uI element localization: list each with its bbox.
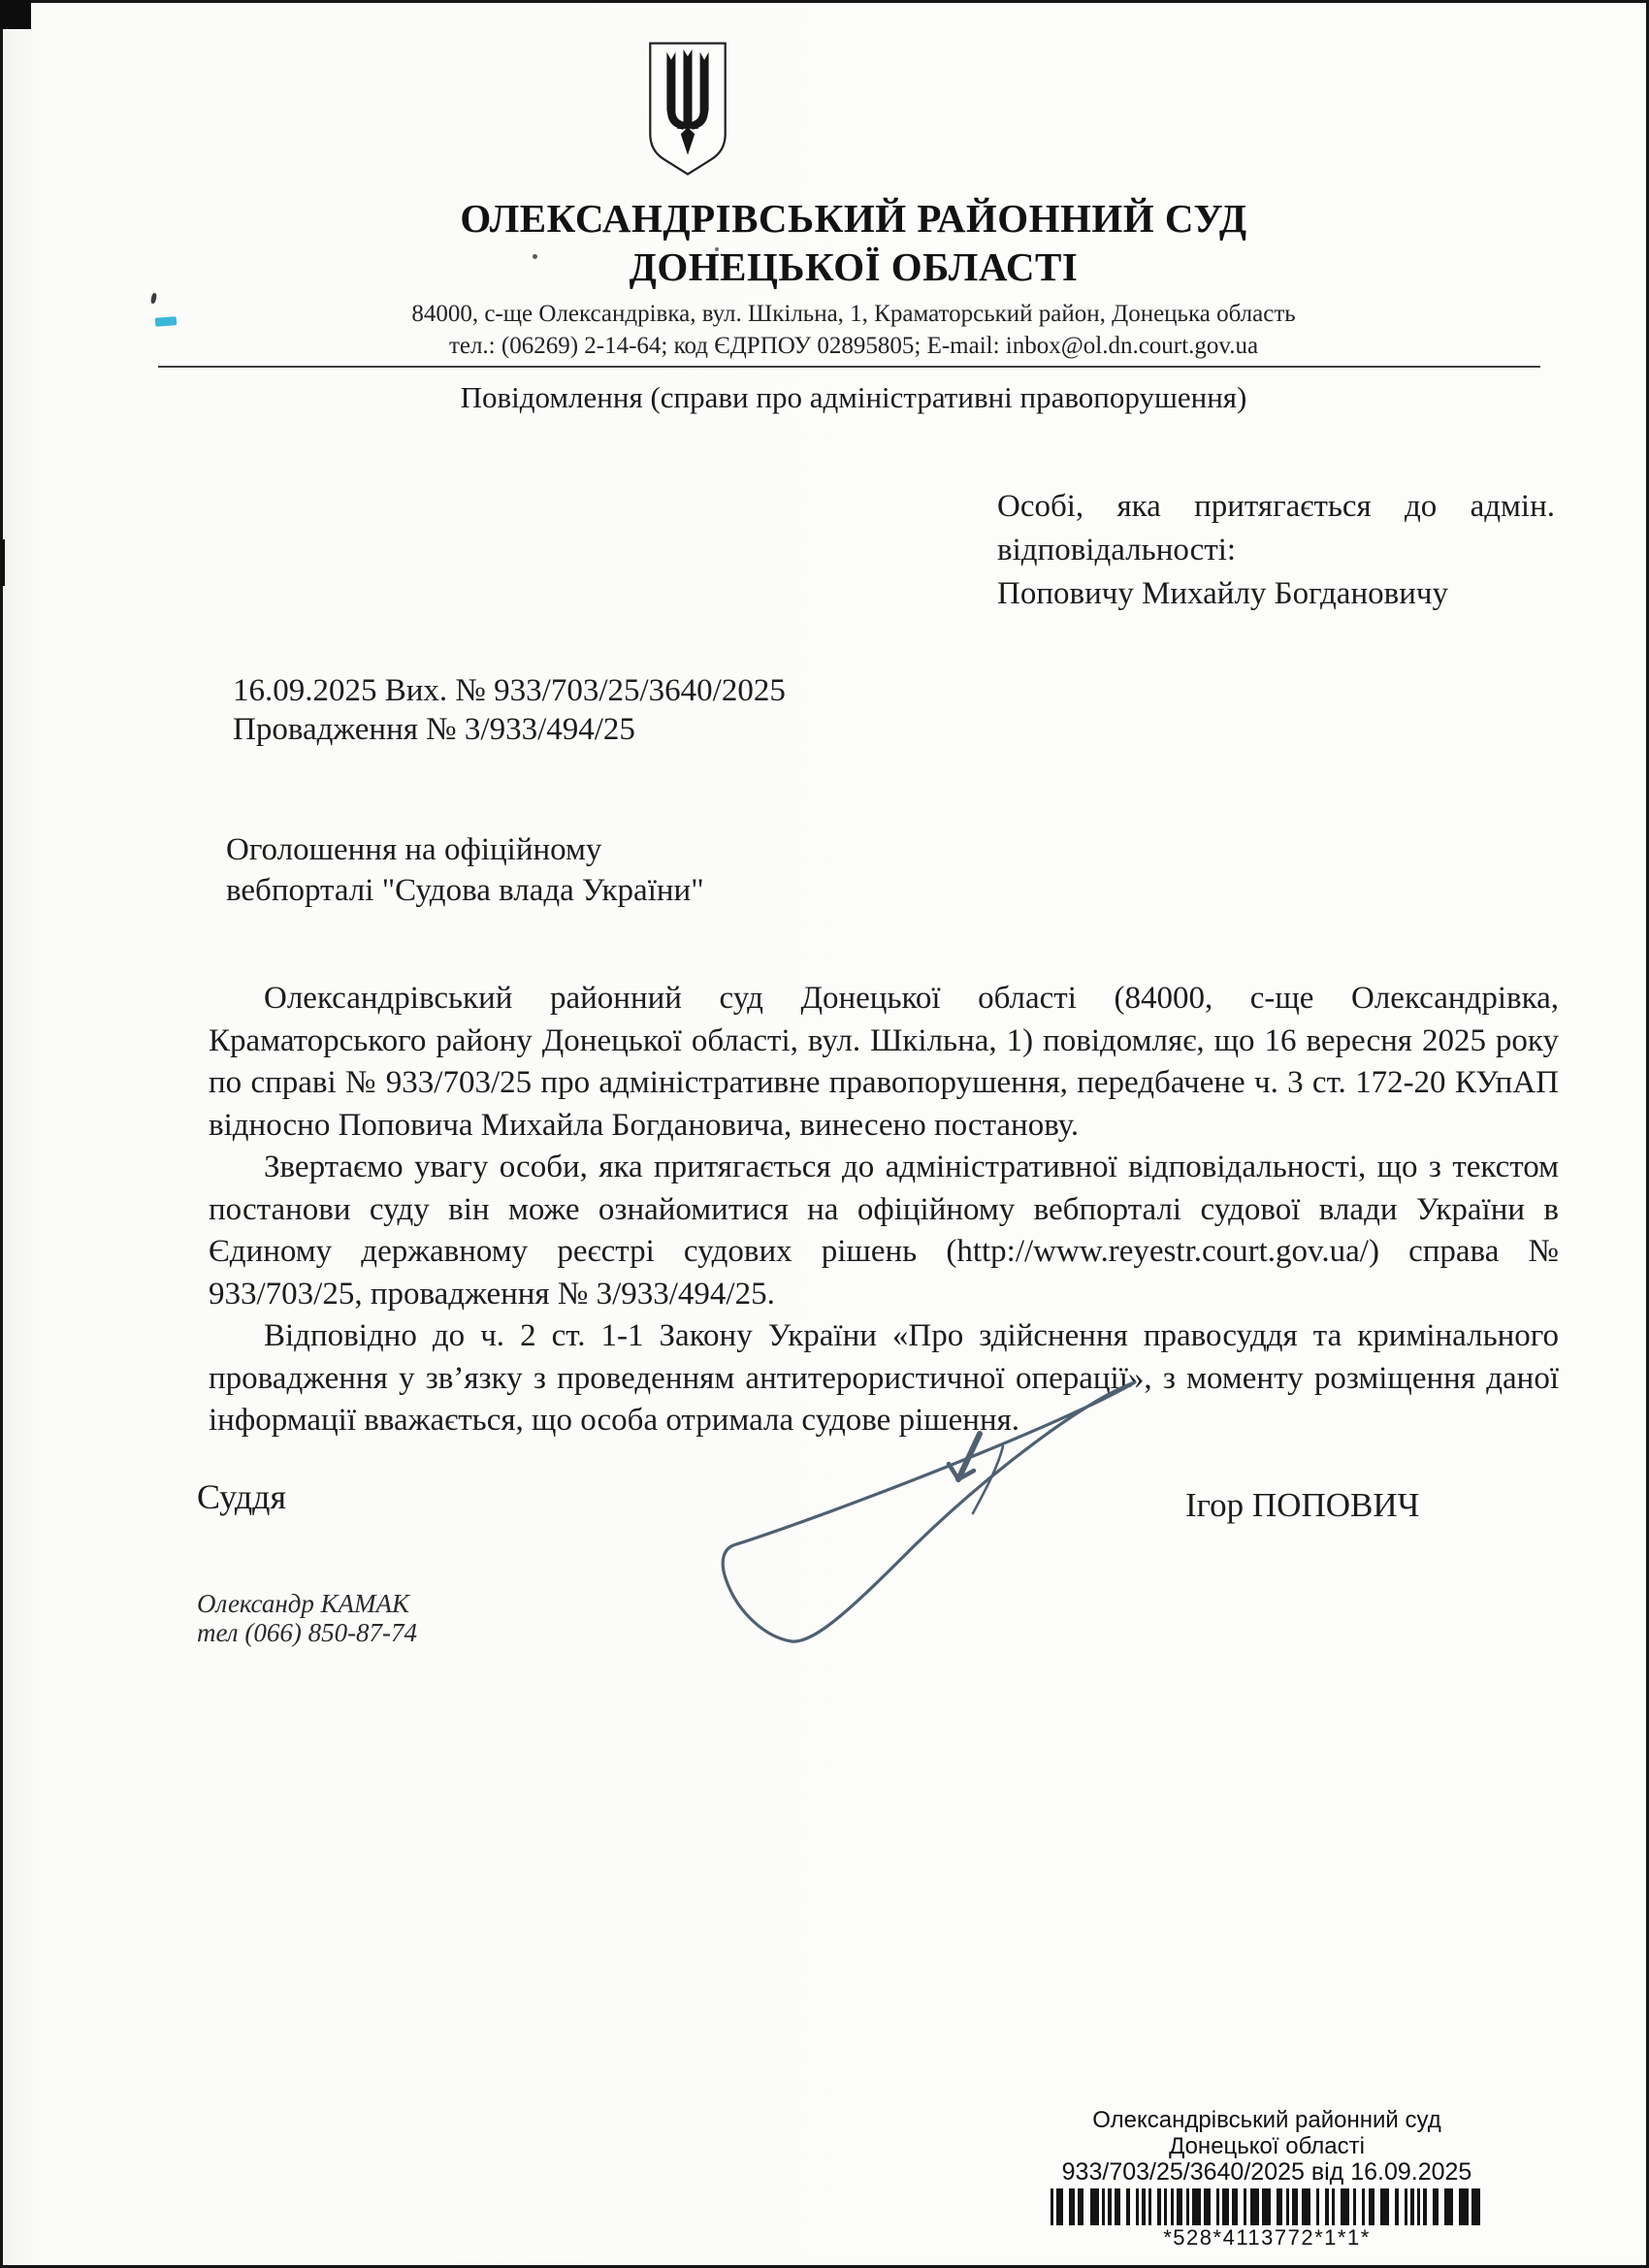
letterhead: ОЛЕКСАНДРІВСЬКИЙ РАЙОННИЙ СУД ДОНЕЦЬКОЇ … — [87, 194, 1620, 362]
clerk-block: Олександр КАМАК тел (066) 850-87-74 — [197, 1589, 417, 1647]
barcode — [1051, 2188, 1484, 2225]
ukraine-trident-coat-of-arms-icon — [644, 35, 731, 184]
court-address: 84000, с-ще Олександрівка, вул. Шкільна,… — [87, 298, 1620, 330]
proceeding-number-line: Провадження № 3/933/494/25 — [233, 710, 786, 749]
judge-role-label: Суддя — [197, 1476, 286, 1517]
reference-block: 16.09.2025 Вих. № 933/703/25/3640/2025 П… — [233, 671, 786, 749]
announcement-heading-line1: Оголошення на офіційному — [226, 829, 704, 870]
outgoing-number-line: 16.09.2025 Вих. № 933/703/25/3640/2025 — [233, 671, 786, 710]
scan-corner-artifact — [0, 0, 31, 29]
addressee-block: Особі, яка притягається до адмін. відпов… — [997, 485, 1555, 616]
clerk-name: Олександр КАМАК — [197, 1589, 417, 1618]
registration-label: Олександрівський районний суд Донецької … — [976, 2107, 1558, 2250]
letterhead-divider — [158, 366, 1540, 368]
label-court-line2: Донецької області — [976, 2133, 1558, 2159]
addressee-line1: Особі, яка притягається до адмін. — [997, 485, 1555, 529]
court-contacts: тел.: (06269) 2-14-64; код ЄДРПОУ 028958… — [87, 330, 1620, 362]
addressee-line2: відповідальності: — [997, 529, 1555, 572]
addressee-line3: Поповичу Михайлу Богдановичу — [997, 572, 1555, 616]
document-subject-line: Повідомлення (справи про адміністративні… — [87, 380, 1620, 415]
body-paragraph-2: Звертаємо увагу особи, яка притягається … — [209, 1147, 1559, 1315]
clerk-phone: тел (066) 850-87-74 — [197, 1618, 417, 1647]
court-name-line2: ДОНЕЦЬКОЇ ОБЛАСТІ — [87, 243, 1620, 291]
announcement-heading: Оголошення на офіційному вебпорталі "Суд… — [226, 829, 704, 911]
court-name-line1: ОЛЕКСАНДРІВСЬКИЙ РАЙОННИЙ СУД — [87, 194, 1620, 243]
announcement-heading-line2: вебпорталі "Судова влада України" — [226, 870, 704, 911]
handwritten-signature — [716, 1363, 1264, 1669]
label-doc-number: 933/703/25/3640/2025 від 16.09.2025 — [976, 2159, 1558, 2186]
barcode-value: *528*4113772*1*1* — [976, 2226, 1558, 2250]
scanned-court-notice-page: ОЛЕКСАНДРІВСЬКИЙ РАЙОННИЙ СУД ДОНЕЦЬКОЇ … — [0, 0, 1649, 2268]
label-court-line1: Олександрівський районний суд — [976, 2107, 1558, 2133]
body-paragraph-1: Олександрівський районний суд Донецької … — [209, 978, 1559, 1147]
scan-edge-artifact — [0, 539, 5, 586]
